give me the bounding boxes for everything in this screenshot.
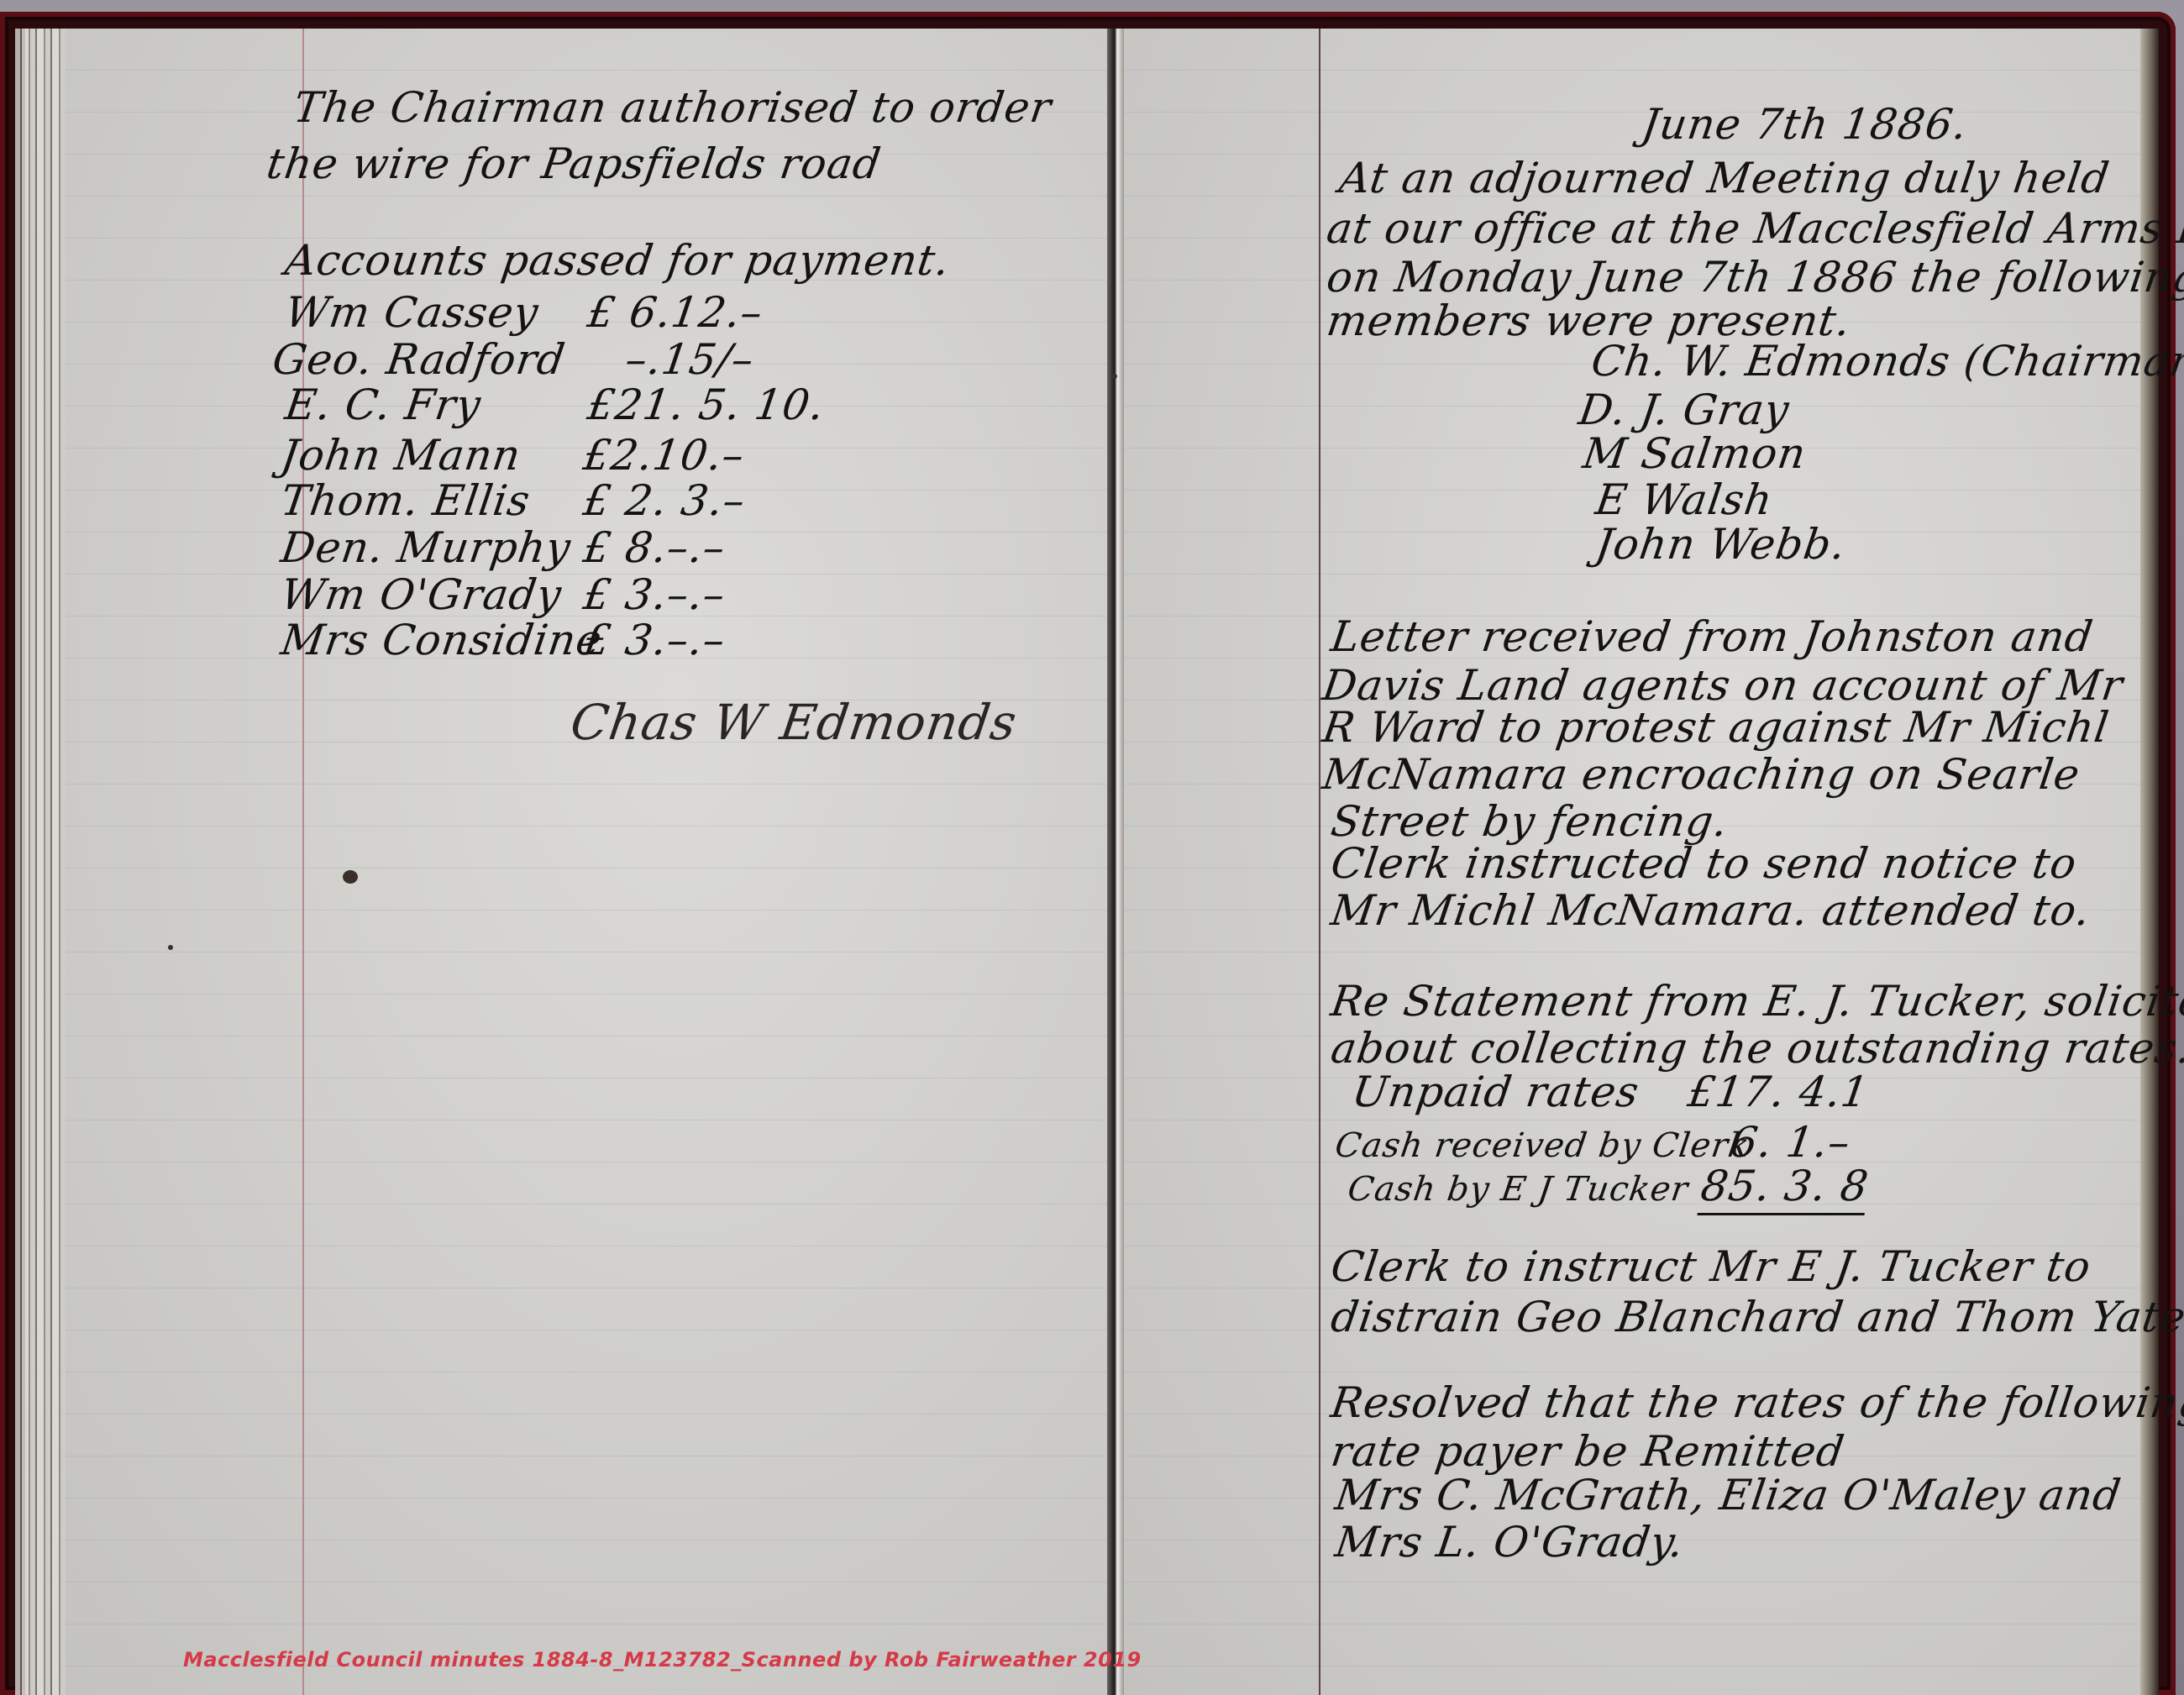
account-amount: –.15/–: [622, 334, 758, 385]
letter-line: R Ward to protest against Mr Michl: [1320, 702, 2113, 753]
ink-blot: [343, 870, 358, 884]
account-row: Wm O'Grady£ 3.–.–: [278, 569, 729, 620]
statement-line: Re Statement from E. J. Tucker, solicito…: [1328, 976, 2184, 1026]
account-row: Geo. Radford–.15/–: [270, 334, 758, 385]
account-name: Den. Murphy: [278, 522, 587, 573]
account-row: E. C. Fry£21. 5. 10.: [282, 380, 828, 430]
resolved-line: Mrs C. McGrath, Eliza O'Maley and: [1332, 1470, 2124, 1520]
account-name: Thom. Ellis: [278, 475, 587, 526]
account-row: Mrs Considine£ 3.–.–: [278, 615, 729, 665]
statement-amount: 85. 3. 8: [1697, 1161, 1872, 1215]
accounts-heading: Accounts passed for payment.: [282, 235, 953, 286]
account-name: John Mann: [278, 430, 587, 480]
account-amount: £2.10.–: [580, 430, 748, 480]
book-gutter: [1107, 29, 1124, 1695]
scan-credit-watermark: Macclesfield Council minutes 1884-8_M123…: [183, 1648, 1142, 1671]
opening-line: at our office at the Macclesfield Arms H…: [1324, 203, 2184, 254]
statement-row: Unpaid rates£17. 4.1: [1349, 1067, 1872, 1117]
right-margin-rule: [1319, 29, 1320, 1695]
statement-label: Cash by E J Tucker: [1345, 1164, 1704, 1215]
account-amount: £ 8.–.–: [580, 522, 729, 573]
account-row: Thom. Ellis£ 2. 3.–: [278, 475, 748, 526]
statement-line: about collecting the outstanding rates.: [1328, 1023, 2184, 1073]
opening-line: on Monday June 7th 1886 the following: [1324, 252, 2184, 302]
page-edges-left: [15, 29, 66, 1695]
resolved-line: Mrs L. O'Grady.: [1332, 1517, 1688, 1567]
account-amount: £21. 5. 10.: [585, 380, 828, 430]
account-name: E. C. Fry: [282, 380, 591, 430]
letter-line: Clerk instructed to send notice to: [1328, 838, 2081, 889]
statement-amount: 6. 1.–: [1727, 1117, 1854, 1168]
left-line-1: The Chairman authorised to order: [291, 82, 1055, 133]
ink-speck: [168, 945, 173, 950]
chairman-signature: Chas W Edmonds: [568, 697, 1021, 748]
statement-label: Unpaid rates: [1349, 1067, 1692, 1117]
letter-line: Letter received from Johnston and: [1328, 611, 2097, 662]
resolved-line: rate payer be Remitted: [1328, 1426, 1848, 1477]
statement-row: Cash by E J Tucker85. 3. 8: [1344, 1161, 1872, 1215]
statement-amount: £17. 4.1: [1685, 1067, 1872, 1117]
account-row: Den. Murphy£ 8.–.–: [278, 522, 729, 573]
letter-line: McNamara encroaching on Searle: [1320, 749, 2083, 800]
distrain-line: distrain Geo Blanchard and Thom Yates.: [1328, 1292, 2184, 1342]
account-name: Wm O'Grady: [278, 569, 587, 620]
meeting-date: June 7th 1886.: [1639, 99, 1971, 150]
letter-line: Mr Michl McNamara. attended to.: [1328, 885, 2094, 936]
left-line-2: the wire for Papsfields road: [264, 139, 885, 189]
opening-line: At an adjourned Meeting duly held: [1336, 153, 2113, 203]
member-name: John Webb.: [1593, 519, 1850, 569]
account-amount: £ 6.12.–: [585, 287, 766, 338]
account-name: Mrs Considine: [278, 615, 587, 665]
member-name: M Salmon: [1580, 428, 1809, 479]
account-row: John Mann£2.10.–: [278, 430, 748, 480]
distrain-line: Clerk to instruct Mr E J. Tucker to: [1328, 1241, 2094, 1292]
account-amount: £ 2. 3.–: [580, 475, 748, 526]
member-name: E Walsh: [1593, 475, 1777, 525]
account-name: Wm Cassey: [282, 287, 591, 338]
account-amount: £ 3.–.–: [580, 615, 729, 665]
ink-speck: [1112, 374, 1117, 379]
account-name: Geo. Radford: [270, 334, 579, 385]
account-amount: £ 3.–.–: [580, 569, 729, 620]
member-name: Ch. W. Edmonds (Chairman: [1588, 336, 2184, 386]
member-name: D. J. Gray: [1576, 385, 1793, 435]
account-row: Wm Cassey£ 6.12.–: [282, 287, 766, 338]
resolved-line: Resolved that the rates of the following: [1328, 1378, 2184, 1428]
